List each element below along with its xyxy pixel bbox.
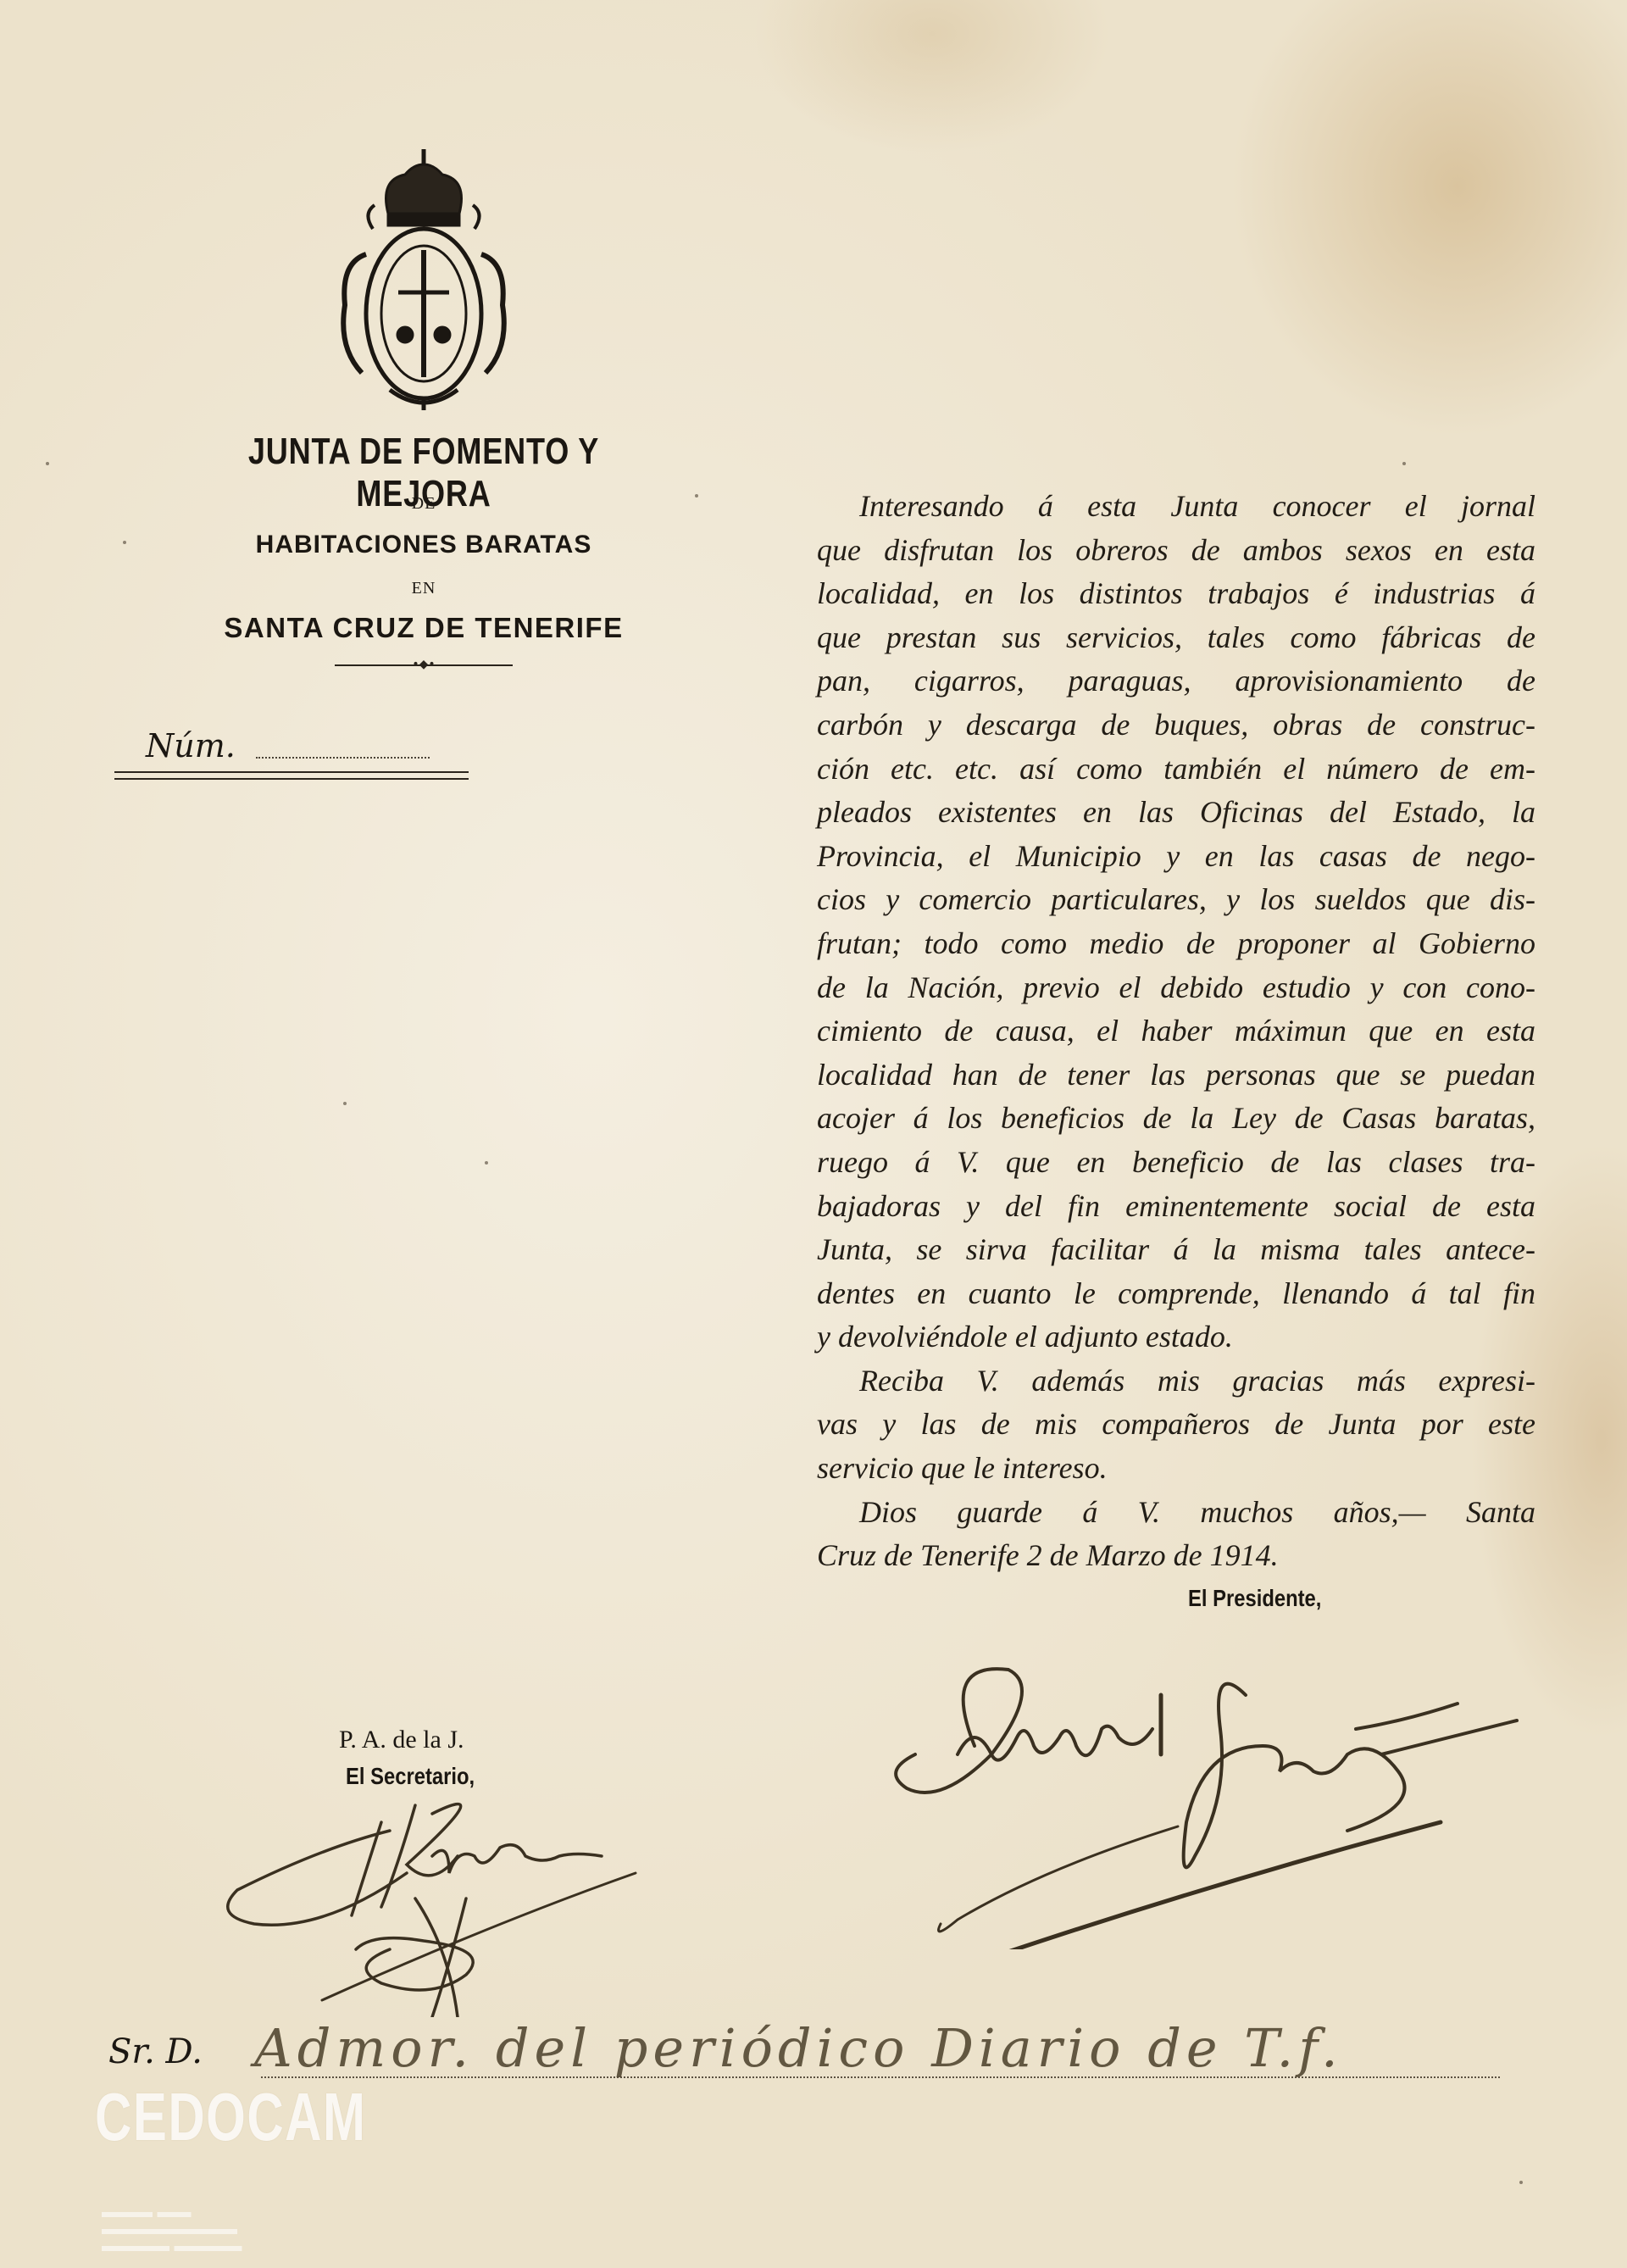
body-line: acojer á los beneficios de la Ley de Cas… — [817, 1097, 1535, 1141]
addressee-prefix: Sr. D. — [108, 2032, 203, 2071]
body-line: cios y comercio particulares, y los suel… — [817, 878, 1535, 922]
organization-subtitle: HABITACIONES BARATAS — [127, 531, 720, 559]
number-field — [256, 757, 430, 759]
body-line: Interesando á esta Junta conocer el jorn… — [817, 485, 1535, 529]
secretary-prefix: P. A. de la J. — [339, 1726, 464, 1754]
ornament-diamond-icon: •◆• — [407, 658, 441, 671]
paper-speck — [343, 1102, 347, 1105]
body-line: carbón y descarga de buques, obras de co… — [817, 703, 1535, 748]
paper-speck — [485, 1161, 488, 1165]
president-title: El Presidente, — [1188, 1585, 1321, 1612]
secretary-signature-icon — [212, 1797, 720, 2017]
letter-body: Interesando á esta Junta conocer el jorn… — [817, 485, 1535, 1578]
number-label: Núm. — [146, 727, 236, 764]
addressee-handwritten: Admor. del periódico Diario de T.f. — [254, 2017, 1343, 2079]
body-line: bajadoras y del fin eminentemente social… — [817, 1185, 1535, 1229]
body-line: vas y las de mis compañeros de Junta por… — [817, 1403, 1535, 1447]
organization-city: SANTA CRUZ DE TENERIFE — [127, 612, 720, 644]
paper-speck — [695, 494, 698, 498]
paper-speck — [123, 541, 126, 544]
royal-crest-icon — [322, 144, 525, 415]
body-line: que disfrutan los obreros de ambos sexos… — [817, 529, 1535, 573]
body-line: localidad han de tener las personas que … — [817, 1053, 1535, 1098]
double-rule-top — [114, 771, 469, 773]
letterhead-en: EN — [127, 579, 720, 598]
letterhead-de: DE — [127, 494, 720, 514]
secretary-title: El Secretario, — [346, 1763, 475, 1790]
body-line: frutan; todo como medio de proponer al G… — [817, 922, 1535, 966]
paper-speck — [1519, 2181, 1523, 2184]
president-signature-icon — [881, 1644, 1559, 1949]
watermark-subtext-illegible: ▬▬▬ ▬▬▬▬▬▬▬▬▬▬▬▬▬▬ ▬▬▬▬ — [102, 2204, 356, 2254]
body-line: dentes en cuanto le comprende, llenando … — [817, 1272, 1535, 1316]
body-line: ción etc. etc. así como también el númer… — [817, 748, 1535, 792]
archive-watermark: CEDOCAM — [95, 2078, 366, 2156]
paper-speck — [46, 462, 49, 465]
body-line: Junta, se sirva facilitar á la misma tal… — [817, 1228, 1535, 1272]
body-line: Dios guarde á V. muchos años,— Santa — [817, 1491, 1535, 1535]
body-line: servicio que le intereso. — [817, 1447, 1535, 1491]
body-line: localidad, en los distintos trabajos é i… — [817, 572, 1535, 616]
body-line: cimiento de causa, el haber máximun que … — [817, 1009, 1535, 1053]
double-rule-bottom — [114, 778, 469, 780]
body-line: pleados existentes en las Oficinas del E… — [817, 791, 1535, 835]
body-line: Reciba V. además mis gracias más expresi… — [817, 1359, 1535, 1404]
body-line: de la Nación, previo el debido estudio y… — [817, 966, 1535, 1010]
body-line: ruego á V. que en beneficio de las clase… — [817, 1141, 1535, 1185]
date-line: Cruz de Tenerife 2 de Marzo de 1914. — [817, 1534, 1535, 1578]
body-line: y devolviéndole el adjunto estado. — [817, 1315, 1535, 1359]
body-line: que prestan sus servicios, tales como fá… — [817, 616, 1535, 660]
body-line: Provincia, el Municipio y en las casas d… — [817, 835, 1535, 879]
body-line: pan, cigarros, paraguas, aprovisionamien… — [817, 659, 1535, 703]
paper-speck — [1402, 462, 1406, 465]
